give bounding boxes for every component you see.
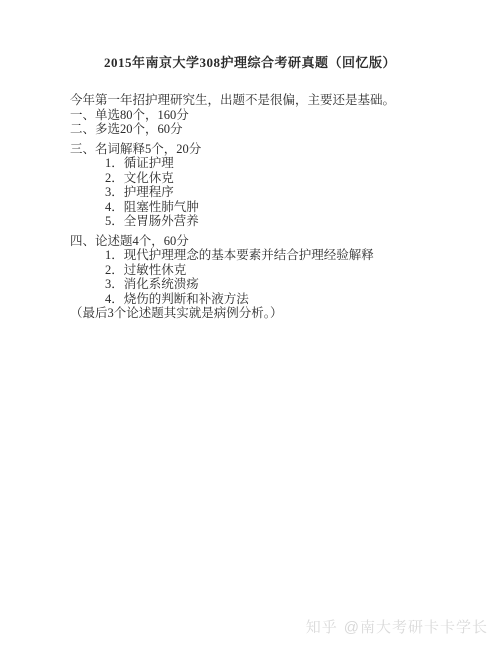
section-heading-term-definitions: 三、名词解释5个，20分 (70, 142, 475, 157)
section-heading-multi-choice: 二、多选20个，60分 (70, 122, 475, 137)
watermark-author: @南大考研卡卡学长 (344, 619, 488, 636)
section-heading-single-choice: 一、单选80个，160分 (70, 108, 475, 123)
document-page: 2015年南京大学308护理综合考研真题（回忆版） 今年第一年招护理研究生，出题… (0, 0, 500, 647)
essay-item: 2．过敏性休克 (70, 263, 475, 278)
term-item: 4．阻塞性肺气肿 (70, 200, 475, 215)
term-item: 3．护理程序 (70, 185, 475, 200)
term-item: 2．文化休克 (70, 171, 475, 186)
zhihu-logo-text: 知乎 (306, 619, 338, 636)
term-item: 5．全胃肠外营养 (70, 214, 475, 229)
intro-text: 今年第一年招护理研究生，出题不是很偏，主要还是基础。 (70, 93, 475, 108)
essay-item: 1．现代护理理念的基本要素并结合护理经验解释 (70, 248, 475, 263)
closing-note: （最后3个论述题其实就是病例分析。） (70, 306, 475, 321)
document-title: 2015年南京大学308护理综合考研真题（回忆版） (0, 52, 500, 71)
section-heading-essay-questions: 四、论述题4个，60分 (70, 234, 475, 249)
zhihu-watermark: 知乎@南大考研卡卡学长 (306, 616, 488, 637)
term-item: 1．循证护理 (70, 156, 475, 171)
essay-item: 4．烧伤的判断和补液方法 (70, 292, 475, 307)
essay-item: 3．消化系统溃疡 (70, 277, 475, 292)
document-body: 今年第一年招护理研究生，出题不是很偏，主要还是基础。 一、单选80个，160分 … (70, 93, 475, 321)
